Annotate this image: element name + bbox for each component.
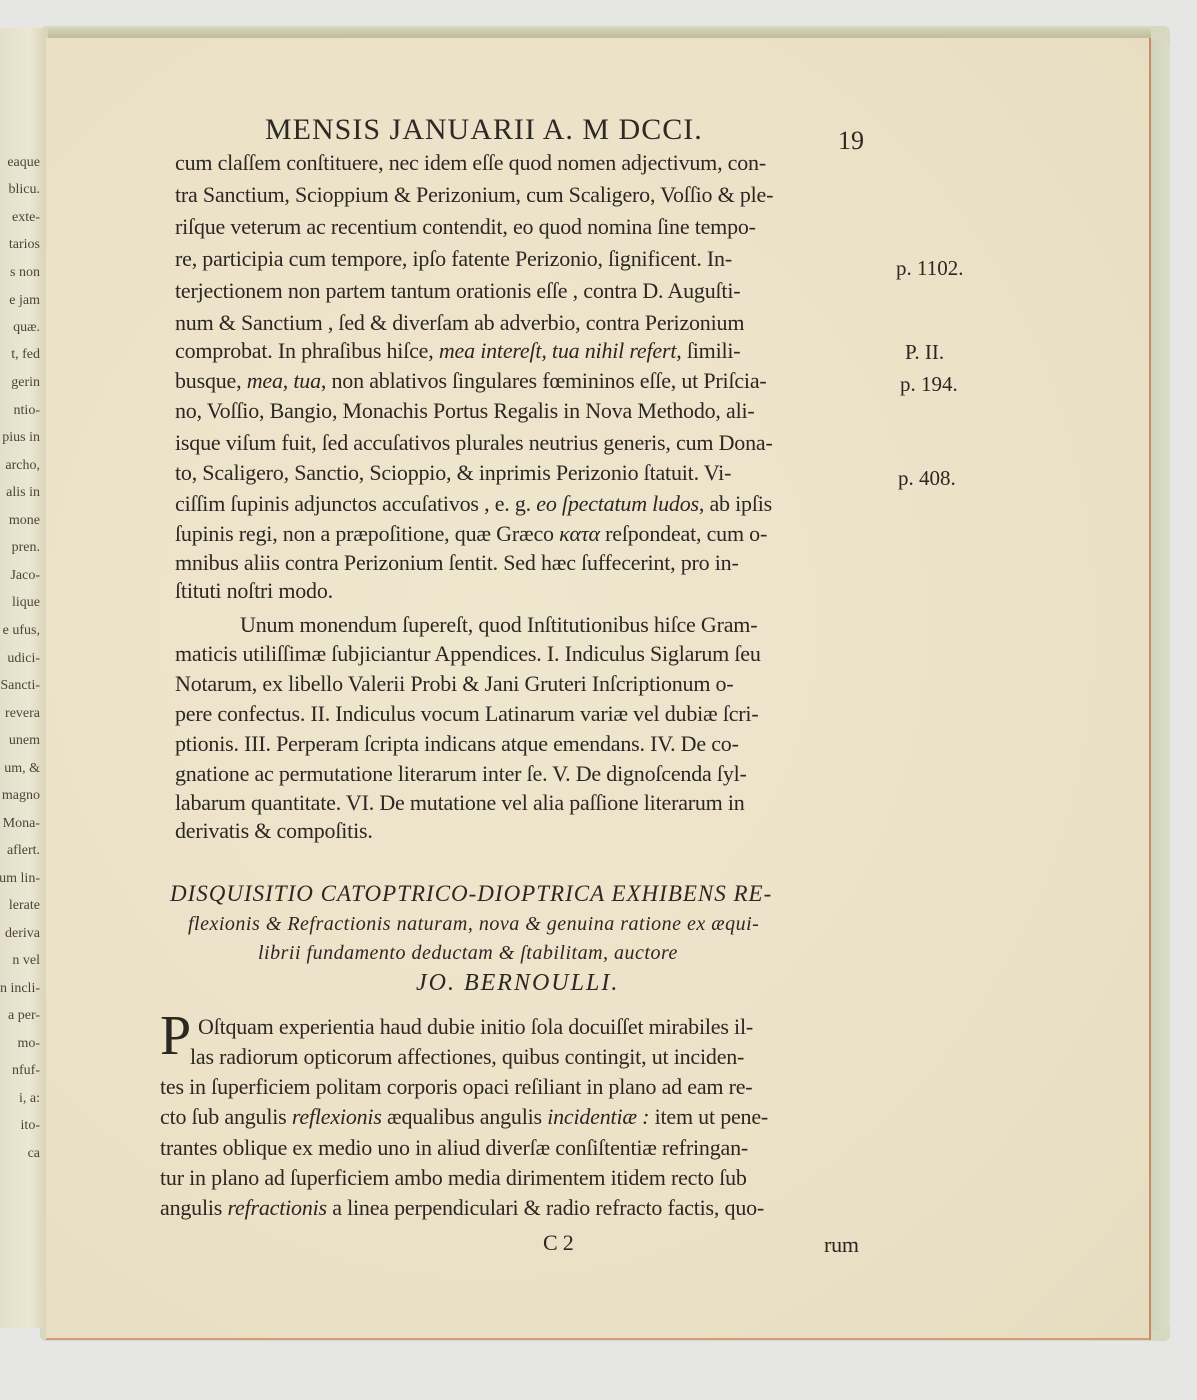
facing-page-fragment: t, fed <box>11 348 40 362</box>
text-line: ſupinis regi, non a præpoſitione, quæ Gr… <box>175 523 767 545</box>
facing-page-fragment: gerin <box>11 376 40 390</box>
facing-page-fragment: pius in <box>2 431 40 445</box>
facing-page-fragment: ito- <box>21 1119 40 1133</box>
facing-page-fragment: um lin- <box>0 872 40 886</box>
facing-page-fragment: e jam <box>9 294 40 308</box>
text-line: tra Sanctium, Scioppium & Perizonium, cu… <box>175 184 773 206</box>
facing-page-fragment: in incli- <box>0 982 40 996</box>
facing-page-strip: eaque blicu. exte- tarios s non e jam qu… <box>0 28 48 1328</box>
italic-phrase: mea, tua <box>247 368 321 393</box>
facing-page-fragment: a per- <box>8 1009 40 1023</box>
italic-phrase: incidentiæ : <box>547 1104 649 1129</box>
text-line: derivatis & compoſitis. <box>175 820 373 842</box>
margin-note: p. 408. <box>898 468 956 489</box>
text-line: num & Sanctium , ſed & diverſam ab adver… <box>175 312 744 334</box>
facing-page-fragment: quæ. <box>13 321 40 335</box>
facing-page-fragment: revera <box>5 707 40 721</box>
facing-page-fragment: n vel <box>12 954 40 968</box>
margin-note: P. II. <box>905 342 944 363</box>
text-run: item ut pene- <box>649 1104 768 1129</box>
text-run: cto ſub angulis <box>160 1104 292 1129</box>
text-run: a linea perpendiculari & radio refracto … <box>327 1195 764 1220</box>
text-run: , ab ipſis <box>699 491 772 516</box>
facing-page-fragment: nfuf- <box>12 1064 40 1078</box>
text-run: , non ablativos ſingulares fœmininos eſſ… <box>321 368 767 393</box>
text-line: terjectionem non partem tantum orationis… <box>175 280 740 302</box>
facing-page-fragment: Jaco- <box>10 569 40 583</box>
facing-page-fragment: mone <box>9 514 40 528</box>
facing-page-fragment: unem <box>9 734 40 748</box>
signature-mark: C 2 <box>543 1232 574 1254</box>
text-line: cum claſſem conſtituere, nec idem eſſe q… <box>175 152 766 174</box>
text-line: labarum quantitate. VI. De mutatione vel… <box>175 792 745 814</box>
text-line: busque, mea, tua, non ablativos ſingular… <box>175 370 767 392</box>
text-line: Notarum, ex libello Valerii Probi & Jani… <box>175 673 734 695</box>
facing-page-fragment: tarios <box>9 238 40 252</box>
facing-page-fragment: deriva <box>5 927 40 941</box>
text-line: comprobat. In phraſibus hiſce, mea inter… <box>175 340 740 362</box>
book-cover-edge <box>1150 40 1170 1330</box>
text-line: trantes oblique ex medio uno in aliud di… <box>160 1137 748 1159</box>
text-line: to, Scaligero, Sanctio, Scioppio, & inpr… <box>175 462 731 484</box>
text-line: tes in ſuperficiem politam corporis opac… <box>160 1076 752 1098</box>
facing-page-fragment: blicu. <box>9 183 41 197</box>
text-line: riſque veterum ac recentium contendit, e… <box>175 216 756 238</box>
text-line: tur in plano ad ſuperficiem ambo media d… <box>160 1167 747 1189</box>
italic-phrase: refractionis <box>227 1195 326 1220</box>
facing-page-fragment: lerate <box>9 899 40 913</box>
italic-phrase: eo ſpectatum ludos <box>536 491 699 516</box>
text-line: pere confectus. II. Indiculus vocum Lati… <box>175 703 758 725</box>
facing-page-fragment: exte- <box>12 211 40 225</box>
text-line: isque viſum fuit, ſed accuſativos plural… <box>175 432 773 454</box>
facing-page-fragment: magno <box>2 789 40 803</box>
text-line: no, Voſſio, Bangio, Monachis Portus Rega… <box>175 400 755 422</box>
facing-page-fragment: um, & <box>4 762 40 776</box>
text-line: ſtituti noſtri modo. <box>175 580 333 602</box>
facing-page-fragment: ntio- <box>14 404 40 418</box>
text-run: , ſimili- <box>676 338 740 363</box>
text-line: las radiorum opticorum affectiones, quib… <box>190 1046 744 1068</box>
text-line: cto ſub angulis reflexionis æqualibus an… <box>160 1106 768 1128</box>
margin-note: p. 1102. <box>896 258 963 279</box>
text-line: Unum monendum ſupereſt, quod Inſtitution… <box>240 614 757 636</box>
page-number: 19 <box>838 128 864 154</box>
text-run: ſupinis regi, non a præpoſitione, quæ Gr… <box>175 521 559 546</box>
article-title-line: librii fundamento deductam & ſtabilitam,… <box>258 943 678 963</box>
facing-page-fragment: udici- <box>7 652 40 666</box>
text-run: ciſſim ſupinis adjunctos accuſativos , e… <box>175 491 536 516</box>
text-run: reſpondeat, cum o- <box>600 521 767 546</box>
text-run: busque, <box>175 368 247 393</box>
facing-page-fragment: s non <box>10 266 40 280</box>
catchword: rum <box>824 1234 859 1256</box>
facing-page-fragment: e ufus, <box>3 624 40 638</box>
facing-page-fragment: ca <box>28 1147 40 1161</box>
article-author: JO. BERNOULLI. <box>416 971 619 995</box>
text-run: æqualibus angulis <box>382 1104 547 1129</box>
italic-phrase: mea intereſt, tua nihil refert <box>439 338 676 363</box>
text-line: ptionis. III. Perperam ſcripta indicans … <box>175 733 739 755</box>
article-title-line: DISQUISITIO CATOPTRICO-DIOPTRICA EXHIBEN… <box>170 882 772 905</box>
article-title-line: flexionis & Refractionis naturam, nova &… <box>188 914 759 934</box>
greek-word: κατα <box>559 521 600 546</box>
facing-page-fragment: Mona- <box>3 817 40 831</box>
facing-page-fragment: alis in <box>6 486 40 500</box>
facing-page-fragment: aflert. <box>7 844 40 858</box>
facing-page-fragment: pren. <box>12 541 40 555</box>
text-run: angulis <box>160 1195 227 1220</box>
facing-page-fragment: eaque <box>7 156 40 170</box>
facing-page-fragment: mo- <box>17 1037 40 1051</box>
text-line: maticis utiliſſimæ ſubjiciantur Appendic… <box>175 643 761 665</box>
margin-note: p. 194. <box>900 374 958 395</box>
italic-phrase: reflexionis <box>292 1104 382 1129</box>
text-line: re, participia cum tempore, ipſo fatente… <box>175 248 732 270</box>
drop-cap: P <box>160 1008 191 1064</box>
facing-page-fragment: Sancti- <box>0 679 40 693</box>
text-line: Oſtquam experientia haud dubie initio ſo… <box>198 1016 753 1038</box>
facing-page-fragment: i, a: <box>19 1092 40 1106</box>
text-line: ciſſim ſupinis adjunctos accuſativos , e… <box>175 493 772 515</box>
text-line: angulis refractionis a linea perpendicul… <box>160 1197 764 1219</box>
text-run: comprobat. In phraſibus hiſce, <box>175 338 439 363</box>
running-head: MENSIS JANUARII A. M DCCI. <box>265 115 703 145</box>
facing-page-fragment: lique <box>12 596 40 610</box>
text-line: gnatione ac permutatione literarum inter… <box>175 763 747 785</box>
facing-page-fragment: archo, <box>5 459 40 473</box>
text-line: mnibus aliis contra Perizonium ſentit. S… <box>175 552 739 574</box>
